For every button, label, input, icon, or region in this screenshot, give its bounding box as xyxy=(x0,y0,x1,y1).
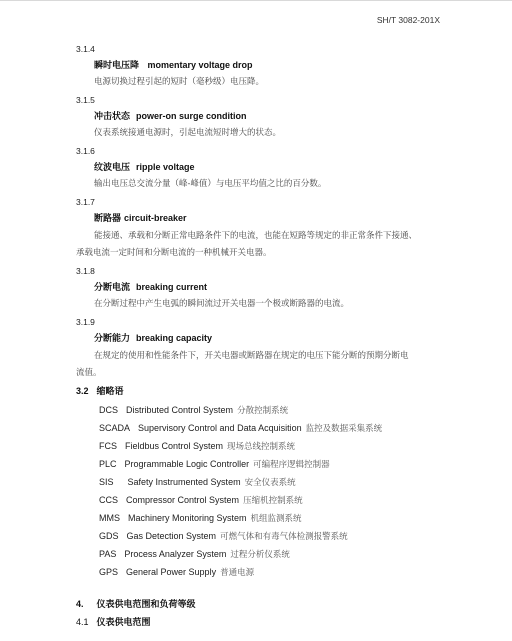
abbr-code: SCADA xyxy=(99,423,130,433)
term-definition: 能接通、承载和分断正常电路条件下的电流，也能在短路等规定的非正常条件下接通、 xyxy=(94,229,417,243)
section-heading-4-1: 4.1 仪表供电范围 xyxy=(76,615,151,630)
term-title: 纹波电压ripple voltage xyxy=(94,160,195,175)
abbreviation-item: FCSFieldbus Control System现场总线控制系统 xyxy=(99,439,295,454)
term-definition: 在规定的使用和性能条件下，开关电器或断路器在规定的电压下能分断的预期分断电 xyxy=(94,349,409,363)
term-title: 断路器circuit-breaker xyxy=(94,211,187,226)
term-title-zh: 瞬时电压降 xyxy=(94,61,139,71)
abbr-english: Programmable Logic Controller xyxy=(125,459,250,469)
section-title: 缩略语 xyxy=(97,387,124,397)
abbreviation-item: CCSCompressor Control System压缩机控制系统 xyxy=(99,493,303,508)
abbr-code: SIS xyxy=(99,477,114,487)
term-title-en: breaking current xyxy=(136,282,207,292)
abbreviation-item: SISSafety Instrumented System安全仪表系统 xyxy=(99,475,296,490)
abbr-chinese: 机组监测系统 xyxy=(251,514,302,524)
abbr-english: Process Analyzer System xyxy=(124,549,226,559)
abbr-code: PLC xyxy=(99,459,117,469)
section-title: 仪表供电范围和负荷等级 xyxy=(97,600,196,610)
abbr-chinese: 现场总线控制系统 xyxy=(227,442,295,452)
abbreviation-item: DCSDistributed Control System分散控制系统 xyxy=(99,403,288,418)
term-number: 3.1.8 xyxy=(76,264,95,278)
abbr-code: MMS xyxy=(99,513,120,523)
term-definition: 仪表系统接通电源时，引起电流短时增大的状态。 xyxy=(94,126,281,140)
abbr-chinese: 分散控制系统 xyxy=(237,406,288,416)
term-title-en: ripple voltage xyxy=(136,162,195,172)
section-number: 3.2 xyxy=(76,384,94,398)
abbreviation-item: GPSGeneral Power Supply普通电源 xyxy=(99,565,254,580)
term-title: 瞬时电压降 momentary voltage drop xyxy=(94,58,253,73)
abbreviation-item: PLCProgrammable Logic Controller可编程序逻辑控制… xyxy=(99,457,330,472)
abbr-english: Distributed Control System xyxy=(126,405,233,415)
term-title-zh: 冲击状态 xyxy=(94,112,130,122)
term-definition: 输出电压总交流分量（峰-峰值）与电压平均值之比的百分数。 xyxy=(94,177,326,191)
abbr-code: GDS xyxy=(99,531,119,541)
document-code: SH/T 3082-201X xyxy=(377,13,440,27)
term-title: 冲击状态power-on surge condition xyxy=(94,109,247,124)
term-definition-continued: 流值。 xyxy=(76,366,102,380)
abbreviation-item: SCADASupervisory Control and Data Acquis… xyxy=(99,421,382,436)
page-top-border xyxy=(0,0,512,1)
term-title-en: breaking capacity xyxy=(136,333,212,343)
term-number: 3.1.7 xyxy=(76,195,95,209)
section-heading-4: 4. 仪表供电范围和负荷等级 xyxy=(76,597,196,612)
abbr-english: General Power Supply xyxy=(126,567,216,577)
abbr-english: Fieldbus Control System xyxy=(125,441,223,451)
term-number: 3.1.4 xyxy=(76,42,95,56)
section-number: 4. xyxy=(76,597,94,611)
term-definition: 电源切换过程引起的短时（毫秒级）电压降。 xyxy=(94,75,264,89)
term-number: 3.1.5 xyxy=(76,93,95,107)
abbr-code: PAS xyxy=(99,549,116,559)
term-title: 分断能力breaking capacity xyxy=(94,331,212,346)
abbr-chinese: 过程分析仪系统 xyxy=(230,550,290,560)
abbr-chinese: 可编程序逻辑控制器 xyxy=(253,460,330,470)
term-title-en: power-on surge condition xyxy=(136,111,247,121)
term-title-zh: 分断电流 xyxy=(94,283,130,293)
term-title-zh: 纹波电压 xyxy=(94,163,130,173)
abbr-chinese: 可燃气体和有毒气体检测报警系统 xyxy=(220,532,348,542)
abbr-english: Compressor Control System xyxy=(126,495,239,505)
abbr-chinese: 监控及数据采集系统 xyxy=(306,424,383,434)
term-number: 3.1.9 xyxy=(76,315,95,329)
term-title-en: circuit-breaker xyxy=(124,213,187,223)
abbr-english: Supervisory Control and Data Acquisition xyxy=(138,423,302,433)
abbr-english: Machinery Monitoring System xyxy=(128,513,247,523)
abbreviation-item: PASProcess Analyzer System过程分析仪系统 xyxy=(99,547,290,562)
abbreviation-item: GDSGas Detection System可燃气体和有毒气体检测报警系统 xyxy=(99,529,348,544)
section-number: 4.1 xyxy=(76,615,94,629)
abbr-chinese: 安全仪表系统 xyxy=(245,478,296,488)
abbr-code: GPS xyxy=(99,567,118,577)
abbr-chinese: 压缩机控制系统 xyxy=(243,496,303,506)
section-title: 仪表供电范围 xyxy=(97,618,151,628)
abbr-code: CCS xyxy=(99,495,118,505)
abbr-code: DCS xyxy=(99,405,118,415)
term-title-zh: 断路器 xyxy=(94,214,121,224)
term-number: 3.1.6 xyxy=(76,144,95,158)
abbr-chinese: 普通电源 xyxy=(220,568,254,578)
section-heading-abbreviations: 3.2 缩略语 xyxy=(76,384,124,399)
term-title-en: momentary voltage drop xyxy=(148,60,253,70)
term-definition-continued: 承载电流一定时间和分断电流的一种机械开关电器。 xyxy=(76,246,272,260)
term-title-zh: 分断能力 xyxy=(94,334,130,344)
abbr-code: FCS xyxy=(99,441,117,451)
term-title: 分断电流breaking current xyxy=(94,280,207,295)
abbr-english: Safety Instrumented System xyxy=(128,477,241,487)
abbreviation-item: MMSMachinery Monitoring System机组监测系统 xyxy=(99,511,302,526)
abbr-english: Gas Detection System xyxy=(127,531,217,541)
term-definition: 在分断过程中产生电弧的瞬间流过开关电器一个极或断路器的电流。 xyxy=(94,297,349,311)
